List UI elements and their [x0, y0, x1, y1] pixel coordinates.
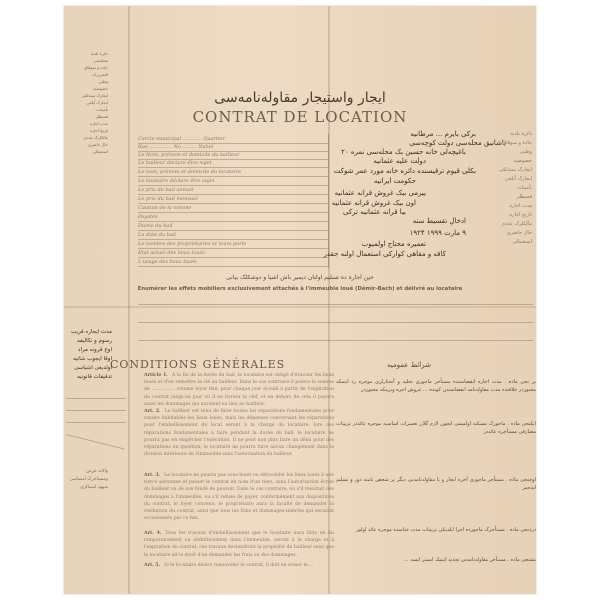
form-rule: [138, 248, 328, 249]
margin-label: التحریرات: [68, 71, 108, 78]
ottoman-field-label: جاده و سوقاق: [499, 139, 532, 148]
article-5: Art. 5.Si le locataire désire renouveler…: [144, 562, 334, 569]
ottoman-field-label: ایجارک سنه‌لکی: [499, 166, 532, 175]
margin-label: ایجارک آیلغی: [68, 99, 108, 106]
field-rue: Rue .............. No ......... Nahié: [138, 144, 213, 150]
form-rule: [138, 266, 328, 267]
margin-footer: والابه عرض ومستاجرک امضاسی شهود امضالری: [68, 468, 108, 492]
field-payable: Payable: [138, 214, 158, 220]
ottoman-condition-1: بر نجی ماده . مدت اجاره انقضاسنده مستأجر…: [336, 378, 536, 394]
form-rule: [138, 185, 328, 186]
form-rule: [138, 167, 328, 168]
conditions-title-french: CONDITIONS GÉNÉRALES: [110, 358, 285, 371]
title-ottoman: ایجار واستیجار مقاوله‌نامه‌سی: [64, 90, 536, 106]
ottoman-field-label: ایجارک آیلغی: [499, 175, 532, 184]
form-rule: [138, 221, 328, 222]
ottoman-field-label: حال حاضری: [499, 229, 532, 238]
form-rule: [138, 176, 328, 177]
ottoman-field-label: تأمینات: [499, 184, 532, 193]
article-4: Art. 4.Tous les travaux d'embellissement…: [144, 530, 334, 559]
handwritten-entry: ییرمی بیک غروش قرانه عثمانیه: [335, 189, 426, 197]
handwritten-entry: برکی بایرم ... مرطانیه: [410, 130, 476, 138]
field-bailleur-sujet: Le bailleur déclare être sujet: [138, 160, 212, 166]
margin-label: قسطلر: [68, 113, 108, 120]
handwritten-entry: تعمیره محتاج اولمیوب: [362, 240, 426, 248]
field-date: La date du bail: [138, 232, 176, 238]
form-rule: [138, 143, 328, 144]
ottoman-field-label: استعمالی: [499, 238, 532, 247]
article-text: Tous les travaux d'embellissement que le…: [144, 531, 334, 558]
form-divider: [328, 134, 329, 268]
ottoman-field-label: وطنی: [499, 148, 532, 157]
form-rule: [138, 159, 328, 160]
ottoman-field-labels: دائرهٔ بلدیه جاده و سوقاق وطنی خصوصیه ای…: [499, 130, 532, 247]
margin-rule: [66, 410, 126, 411]
article-3: Art. 3.Le locataire ne pourra pas sous-l…: [144, 472, 334, 522]
field-duree: Durée du bail: [138, 223, 173, 229]
fold-crease-middle: [64, 306, 536, 308]
article-label: Art. 3.: [144, 473, 160, 478]
handwritten-entry: اون بیک غروش قرانه عثمانیه: [332, 199, 416, 207]
margin-label: مالکلرک عددی: [68, 134, 108, 141]
margin-label: محله‌سی: [68, 57, 108, 64]
ottoman-field-label: مالکلرک عددی: [499, 220, 532, 229]
furniture-note-ottoman: حین اجاره ده تسلیم اولنان دیمیر باش اشیا…: [64, 274, 536, 281]
ottoman-field-label: تاریخ اجاره: [499, 211, 532, 220]
margin-label: تأمینات: [68, 106, 108, 113]
article-text: Le bailleur est tenu de faire toutes les…: [144, 409, 334, 457]
field-usage: L'usage des lieux loués: [138, 259, 197, 265]
article-text: Si le locataire désire renouveler le con…: [164, 563, 313, 568]
margin-label: وطنی: [68, 78, 108, 85]
ottoman-condition-2: ایکنجی ماده . ماجورک مسکنه اولمسی ایچون …: [336, 420, 536, 436]
field-prix-mensuel: Le prix du bail mensuel: [138, 196, 198, 202]
article-label: Article 1.: [144, 373, 168, 378]
article-text: Le locataire ne pourra pas sous-louer ou…: [144, 473, 334, 521]
form-rule: [138, 194, 328, 195]
ottoman-condition-4: دردنجی ماده . مستأجرک ماجورده اجرا ایلدی…: [336, 526, 536, 534]
handwritten-entry: باغیچه‌لی خانه حسین بک محله‌سی نمره ۲۰: [341, 148, 466, 156]
margin-footer-line: ومستاجرک امضاسی: [68, 476, 108, 484]
contract-paper: ایجار واستیجار مقاوله‌نامه‌سی CONTRAT DE…: [64, 6, 536, 594]
margin-label: تاریخ اجاره: [68, 127, 108, 134]
article-2: Art. 2.Le bailleur est tenu de faire tou…: [144, 408, 334, 458]
field-caution: Caution de la somme: [138, 205, 191, 211]
article-text: A la fin de la durée du bail, le locatai…: [144, 373, 334, 407]
title-french: CONTRAT DE LOCATION: [64, 108, 536, 126]
form-rule: [138, 203, 328, 204]
field-locataire: Le nom, prénom et domicile du locataire: [138, 169, 241, 175]
handwritten-entry: بیا قرانه عثمانیه ترکی: [343, 208, 406, 216]
handwritten-entry: یاشانیق محله‌سی دولت کوچه‌سی: [409, 139, 506, 147]
ottoman-field-label: دائرهٔ بلدیه: [499, 130, 532, 139]
furniture-heading-french: Enumérer les effets mobiliers exclusivem…: [64, 286, 536, 292]
margin-label: استعمالی: [68, 148, 108, 155]
furniture-rule: [138, 304, 533, 305]
ottoman-field-label: مدت اجاره: [499, 202, 532, 211]
form-rule: [138, 151, 328, 152]
field-etat: Etat actuel des lieux loués: [138, 250, 205, 256]
handwritten-entry: ۹ مارت ۱۹۹۹ ۱۹۲۴: [410, 229, 466, 237]
margin-label: ایجارک سنه‌لکی: [68, 92, 108, 99]
field-bailleur: Le Nom, prénom et domicile du bailleur: [138, 152, 240, 158]
form-rule: [138, 212, 328, 213]
form-rule: [138, 257, 328, 258]
handwritten-entry: بکلی قیوم ترقیسنده دائره خانه مورد عمر ش…: [334, 167, 476, 175]
ottoman-field-label: قسطلر: [499, 193, 532, 202]
field-cercle: Cercle municipal ............ Quartier: [138, 136, 225, 142]
conditions-title-ottoman: شرائط عمومیه: [334, 361, 484, 369]
article-label: Art. 5.: [144, 563, 160, 568]
left-margin-handwritten-note: مدت ایجاره قریب رسوم و تکالیفه اوج قرونه…: [68, 328, 112, 382]
furniture-rule: [138, 340, 533, 341]
furniture-rule: [138, 322, 533, 323]
handwritten-entry: ادخالِ تقسیط سنه: [413, 217, 466, 225]
margin-label: جاده و سوقاق: [68, 64, 108, 71]
form-rule: [138, 239, 328, 240]
margin-label: حال حاضری: [68, 141, 108, 148]
margin-rule: [66, 398, 126, 399]
article-label: Art. 2.: [144, 409, 161, 414]
article-label: Art. 4.: [144, 531, 161, 536]
margin-label: مدت اجاره: [68, 120, 108, 127]
handwritten-entry: کافه و مقاهی کوارکی استعمال اولنه جقدر: [324, 250, 447, 258]
margin-footer-line: شهود امضالری: [68, 484, 108, 492]
ottoman-condition-5: بشنجی ماده . مستأجر مقاوله‌نامه‌یی تجدید…: [336, 556, 536, 564]
margin-rule: [66, 422, 126, 423]
field-proprietaires: Le nombre des propriétaires et leurs par…: [138, 241, 246, 247]
margin-label: خصوصیه: [68, 85, 108, 92]
handwritten-entry: دولت علیه عثمانیه: [373, 157, 426, 165]
handwritten-entry: حکومت ایرانیه: [374, 177, 416, 185]
margin-slash: [66, 434, 124, 449]
article-1: Article 1.A la fin de la durée du bail, …: [144, 372, 334, 408]
margin-footer-line: والابه عرض: [68, 468, 108, 476]
ottoman-field-label: خصوصیه: [499, 157, 532, 166]
left-margin-labels: دائرهٔ بلدیه محله‌سی جاده و سوقاق التحری…: [68, 50, 108, 155]
form-rule: [138, 230, 328, 231]
field-prix-annuel: Le prix du bail annuel: [138, 187, 194, 193]
ottoman-condition-3: اوچنجی ماده . مستأجر ماجوری آخره ایجار و…: [336, 476, 536, 492]
margin-label: دائرهٔ بلدیه: [68, 50, 108, 57]
field-locataire-sujet: Le locataire déclare être sujet: [138, 178, 214, 184]
